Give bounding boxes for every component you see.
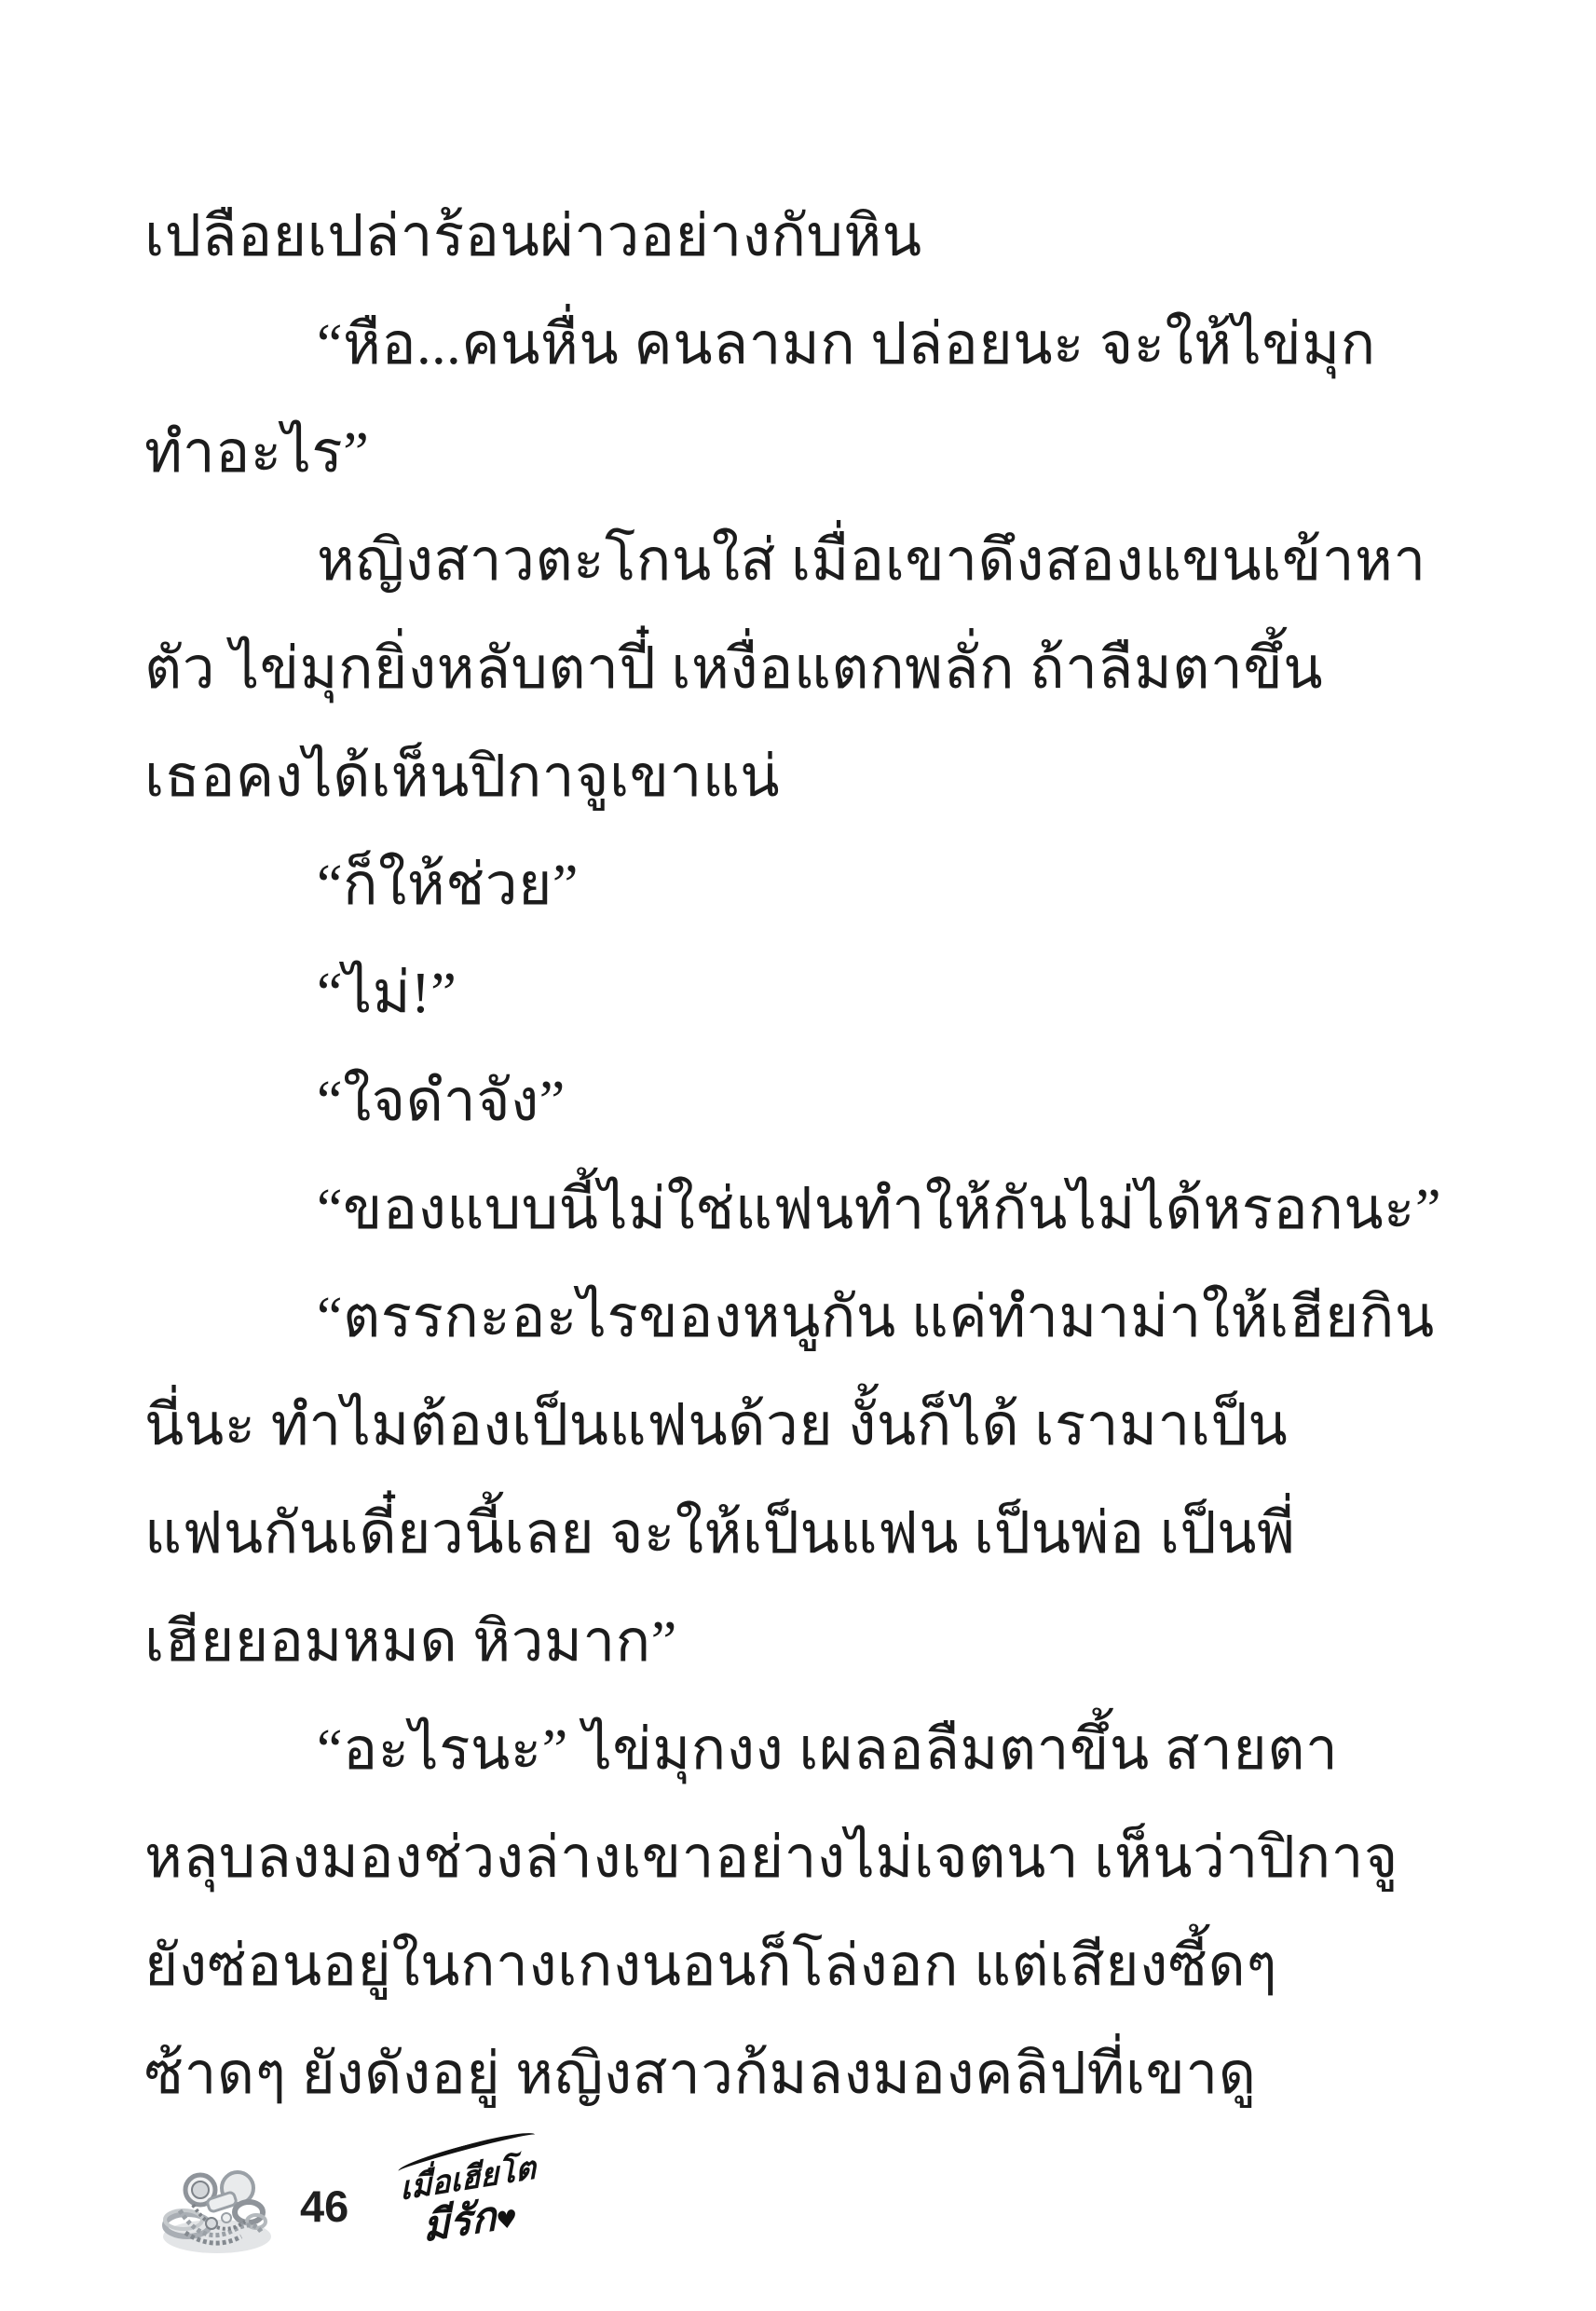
text-line: “ก็ให้ช่วย” [144, 831, 1346, 939]
text-line: ยังซ่อนอยู่ในกางเกงนอนก็โล่งอก แต่เสียงซ… [144, 1912, 1346, 2020]
page-footer: 46 เมื่อเฮียโต มีรัก♥ [0, 2143, 1596, 2311]
text-line: “ตรรกะอะไรของหนูกัน แค่ทำมาม่าให้เฮียกิน [144, 1264, 1346, 1372]
jewelry-pile-image [152, 2164, 282, 2257]
book-page: เปลือยเปล่าร้อนผ่าวอย่างกับหิน“หือ...คนห… [0, 0, 1596, 2311]
text-line: เปลือยเปล่าร้อนผ่าวอย่างกับหิน [144, 183, 1346, 291]
text-line: “หือ...คนหื่น คนลามก ปล่อยนะ จะให้ไข่มุก [144, 291, 1346, 399]
text-line: “อะไรนะ” ไข่มุกงง เผลอลืมตาขึ้น สายตา [144, 1696, 1346, 1804]
text-line: นี่นะ ทำไมต้องเป็นแฟนด้วย งั้นก็ได้ เราม… [144, 1372, 1346, 1480]
book-title-logo: เมื่อเฮียโต มีรัก♥ [388, 2132, 549, 2253]
text-line: เฮียยอมหมด หิวมาก” [144, 1588, 1346, 1696]
text-line: “ไม่!” [144, 939, 1346, 1047]
text-line: หญิงสาวตะโกนใส่ เมื่อเขาดึงสองแขนเข้าหา [144, 507, 1346, 615]
text-line: “ใจดำจัง” [144, 1047, 1346, 1155]
text-line: เธอคงได้เห็นปิกาจูเขาแน่ [144, 723, 1346, 831]
text-line: ซ้าดๆ ยังดังอยู่ หญิงสาวก้มลงมองคลิปที่เ… [144, 2020, 1346, 2128]
text-line: ทำอะไร” [144, 399, 1346, 507]
text-line: “ของแบบนี้ไม่ใช่แฟนทำให้กันไม่ได้หรอกนะ” [144, 1155, 1346, 1264]
text-line: ตัว ไข่มุกยิ่งหลับตาปี๋ เหงื่อแตกพลั่ก ถ… [144, 615, 1346, 723]
text-line: หลุบลงมองช่วงล่างเขาอย่างไม่เจตนา เห็นว่… [144, 1804, 1346, 1912]
heart-icon: ♥ [496, 2205, 519, 2236]
page-number: 46 [300, 2181, 348, 2232]
text-line: แฟนกันเดี๋ยวนี้เลย จะให้เป็นแฟน เป็นพ่อ … [144, 1480, 1346, 1588]
body-text: เปลือยเปล่าร้อนผ่าวอย่างกับหิน“หือ...คนห… [144, 183, 1346, 2128]
